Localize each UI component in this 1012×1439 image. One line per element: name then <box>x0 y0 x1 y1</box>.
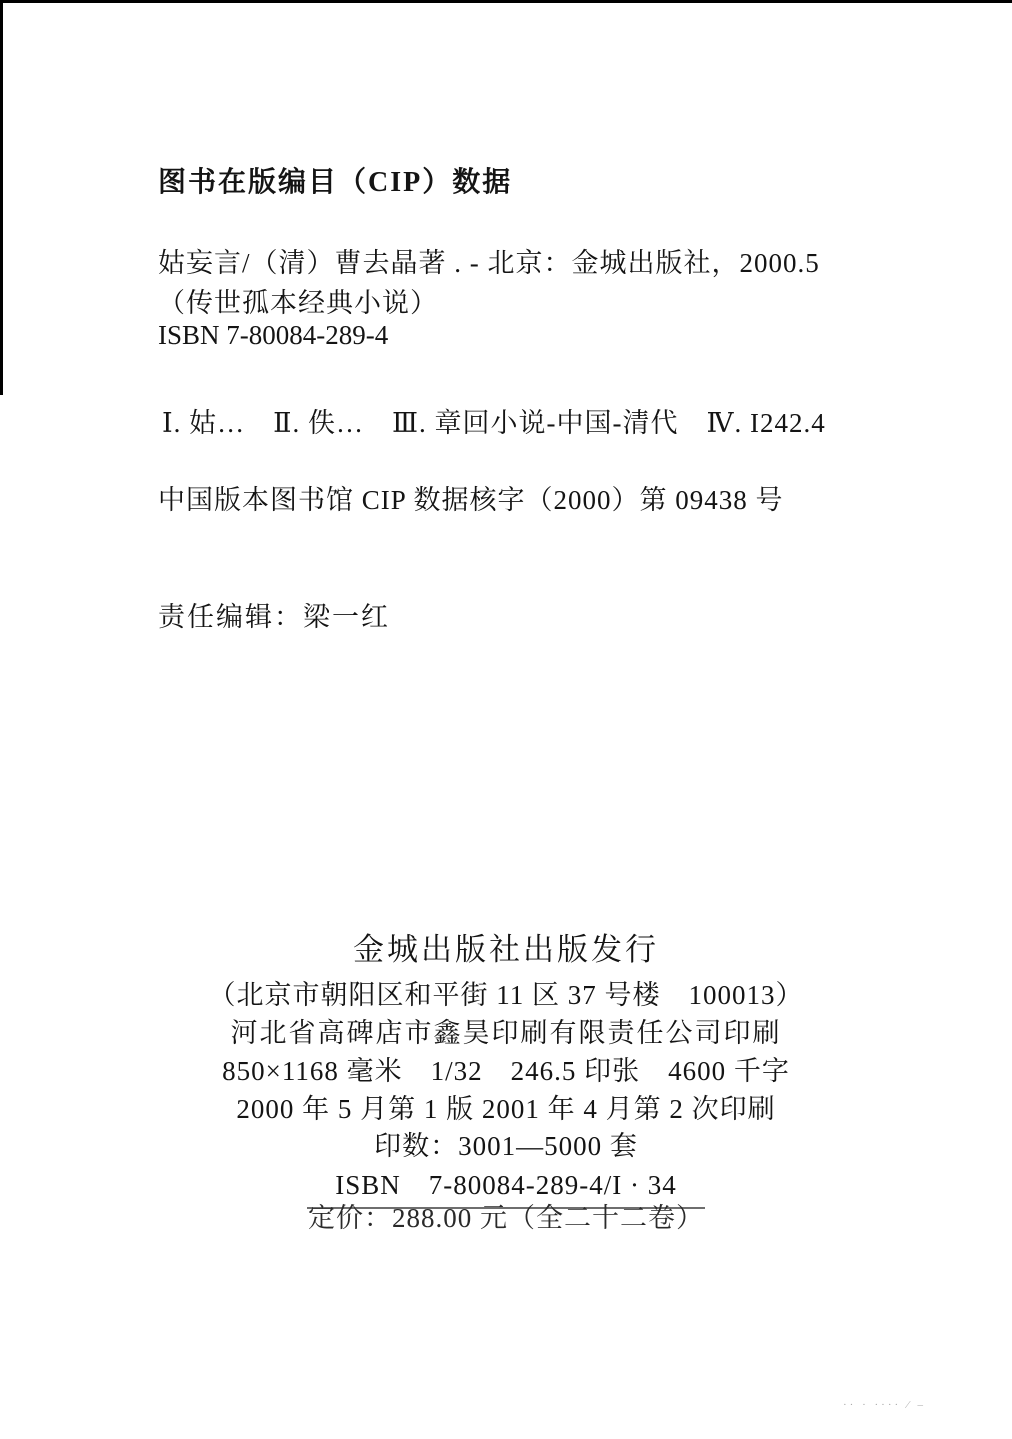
scan-edge-left <box>0 0 3 395</box>
print-run: 印数：3001—5000 套 <box>0 1124 1012 1163</box>
publisher-name: 金城出版社出版发行 <box>0 924 1012 969</box>
cip-classification: Ⅰ. 姑… Ⅱ. 佚… Ⅲ. 章回小说-中国-清代 Ⅳ. I242.4 <box>162 401 826 440</box>
printer-name: 河北省高碑店市鑫昊印刷有限责任公司印刷 <box>0 1011 1012 1050</box>
cip-heading: 图书在版编目（CIP）数据 <box>158 160 512 200</box>
cip-record-number: 中国版本图书馆 CIP 数据核字（2000）第 09438 号 <box>158 478 784 517</box>
publisher-address: （北京市朝阳区和平街 11 区 37 号楼 100013） <box>0 973 1012 1012</box>
scan-edge-top <box>0 0 1012 3</box>
copyright-page: 图书在版编目（CIP）数据 姑妄言/（清）曹去晶著 . - 北京：金城出版社，2… <box>0 0 1012 1439</box>
cip-entry-series: （传世孤本经典小说） <box>158 281 438 320</box>
price-line: 定价：288.00 元（全二十二卷） <box>0 1196 1012 1235</box>
edition-printing-info: 2000 年 5 月第 1 版 2001 年 4 月第 2 次印刷 <box>0 1087 1012 1126</box>
responsible-editor: 责任编辑：梁一红 <box>158 595 390 634</box>
scan-artifact-marks: ·· · ···· ⁄ – <box>843 1399 1003 1411</box>
cip-entry-title-author: 姑妄言/（清）曹去晶著 . - 北京：金城出版社，2000.5 <box>158 241 820 280</box>
cip-entry-isbn: ISBN 7-80084-289-4 <box>158 320 388 351</box>
book-format-specs: 850×1168 毫米 1/32 246.5 印张 4600 千字 <box>0 1049 1012 1088</box>
